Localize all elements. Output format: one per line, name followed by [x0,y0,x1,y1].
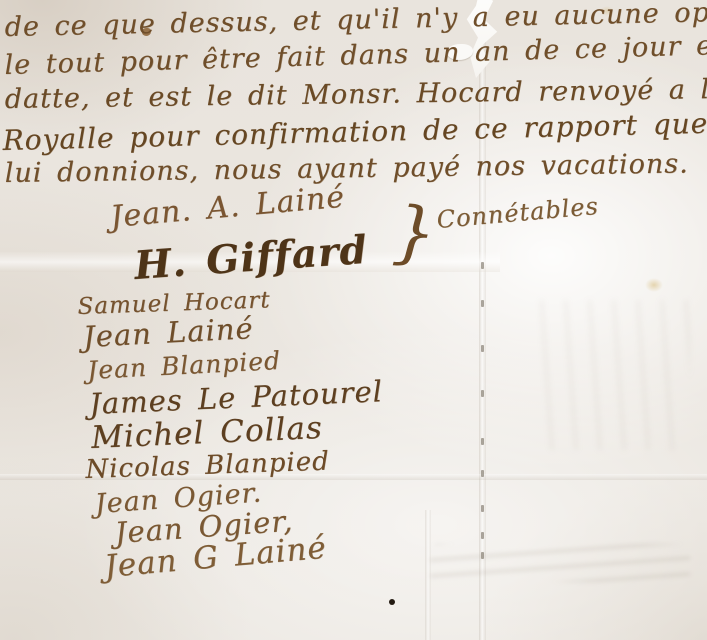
stitch-mark [481,345,484,352]
body-text-line: lui donnions, nous ayant payé nos vacati… [5,148,689,189]
yellow-stain [645,278,663,292]
group-brace: } [390,192,440,274]
stitch-mark [481,438,484,445]
stitch-mark [481,300,484,307]
stitch-mark [481,532,484,539]
stitch-mark [481,470,484,477]
stitch-mark [481,262,484,269]
ink-showthrough-faint [540,300,690,450]
ink-showthrough [430,544,690,582]
stitch-mark [481,505,484,512]
signature-h-giffard: H. Giffard [133,227,369,289]
manuscript-page: de ce que dessus, et qu'il n'y a eu aucu… [0,0,707,640]
dark-speck [389,599,395,605]
constables-label: Connétables [436,192,600,234]
signature-jean-a-laine: Jean. A. Lainé [109,180,346,235]
stitch-mark [481,390,484,397]
